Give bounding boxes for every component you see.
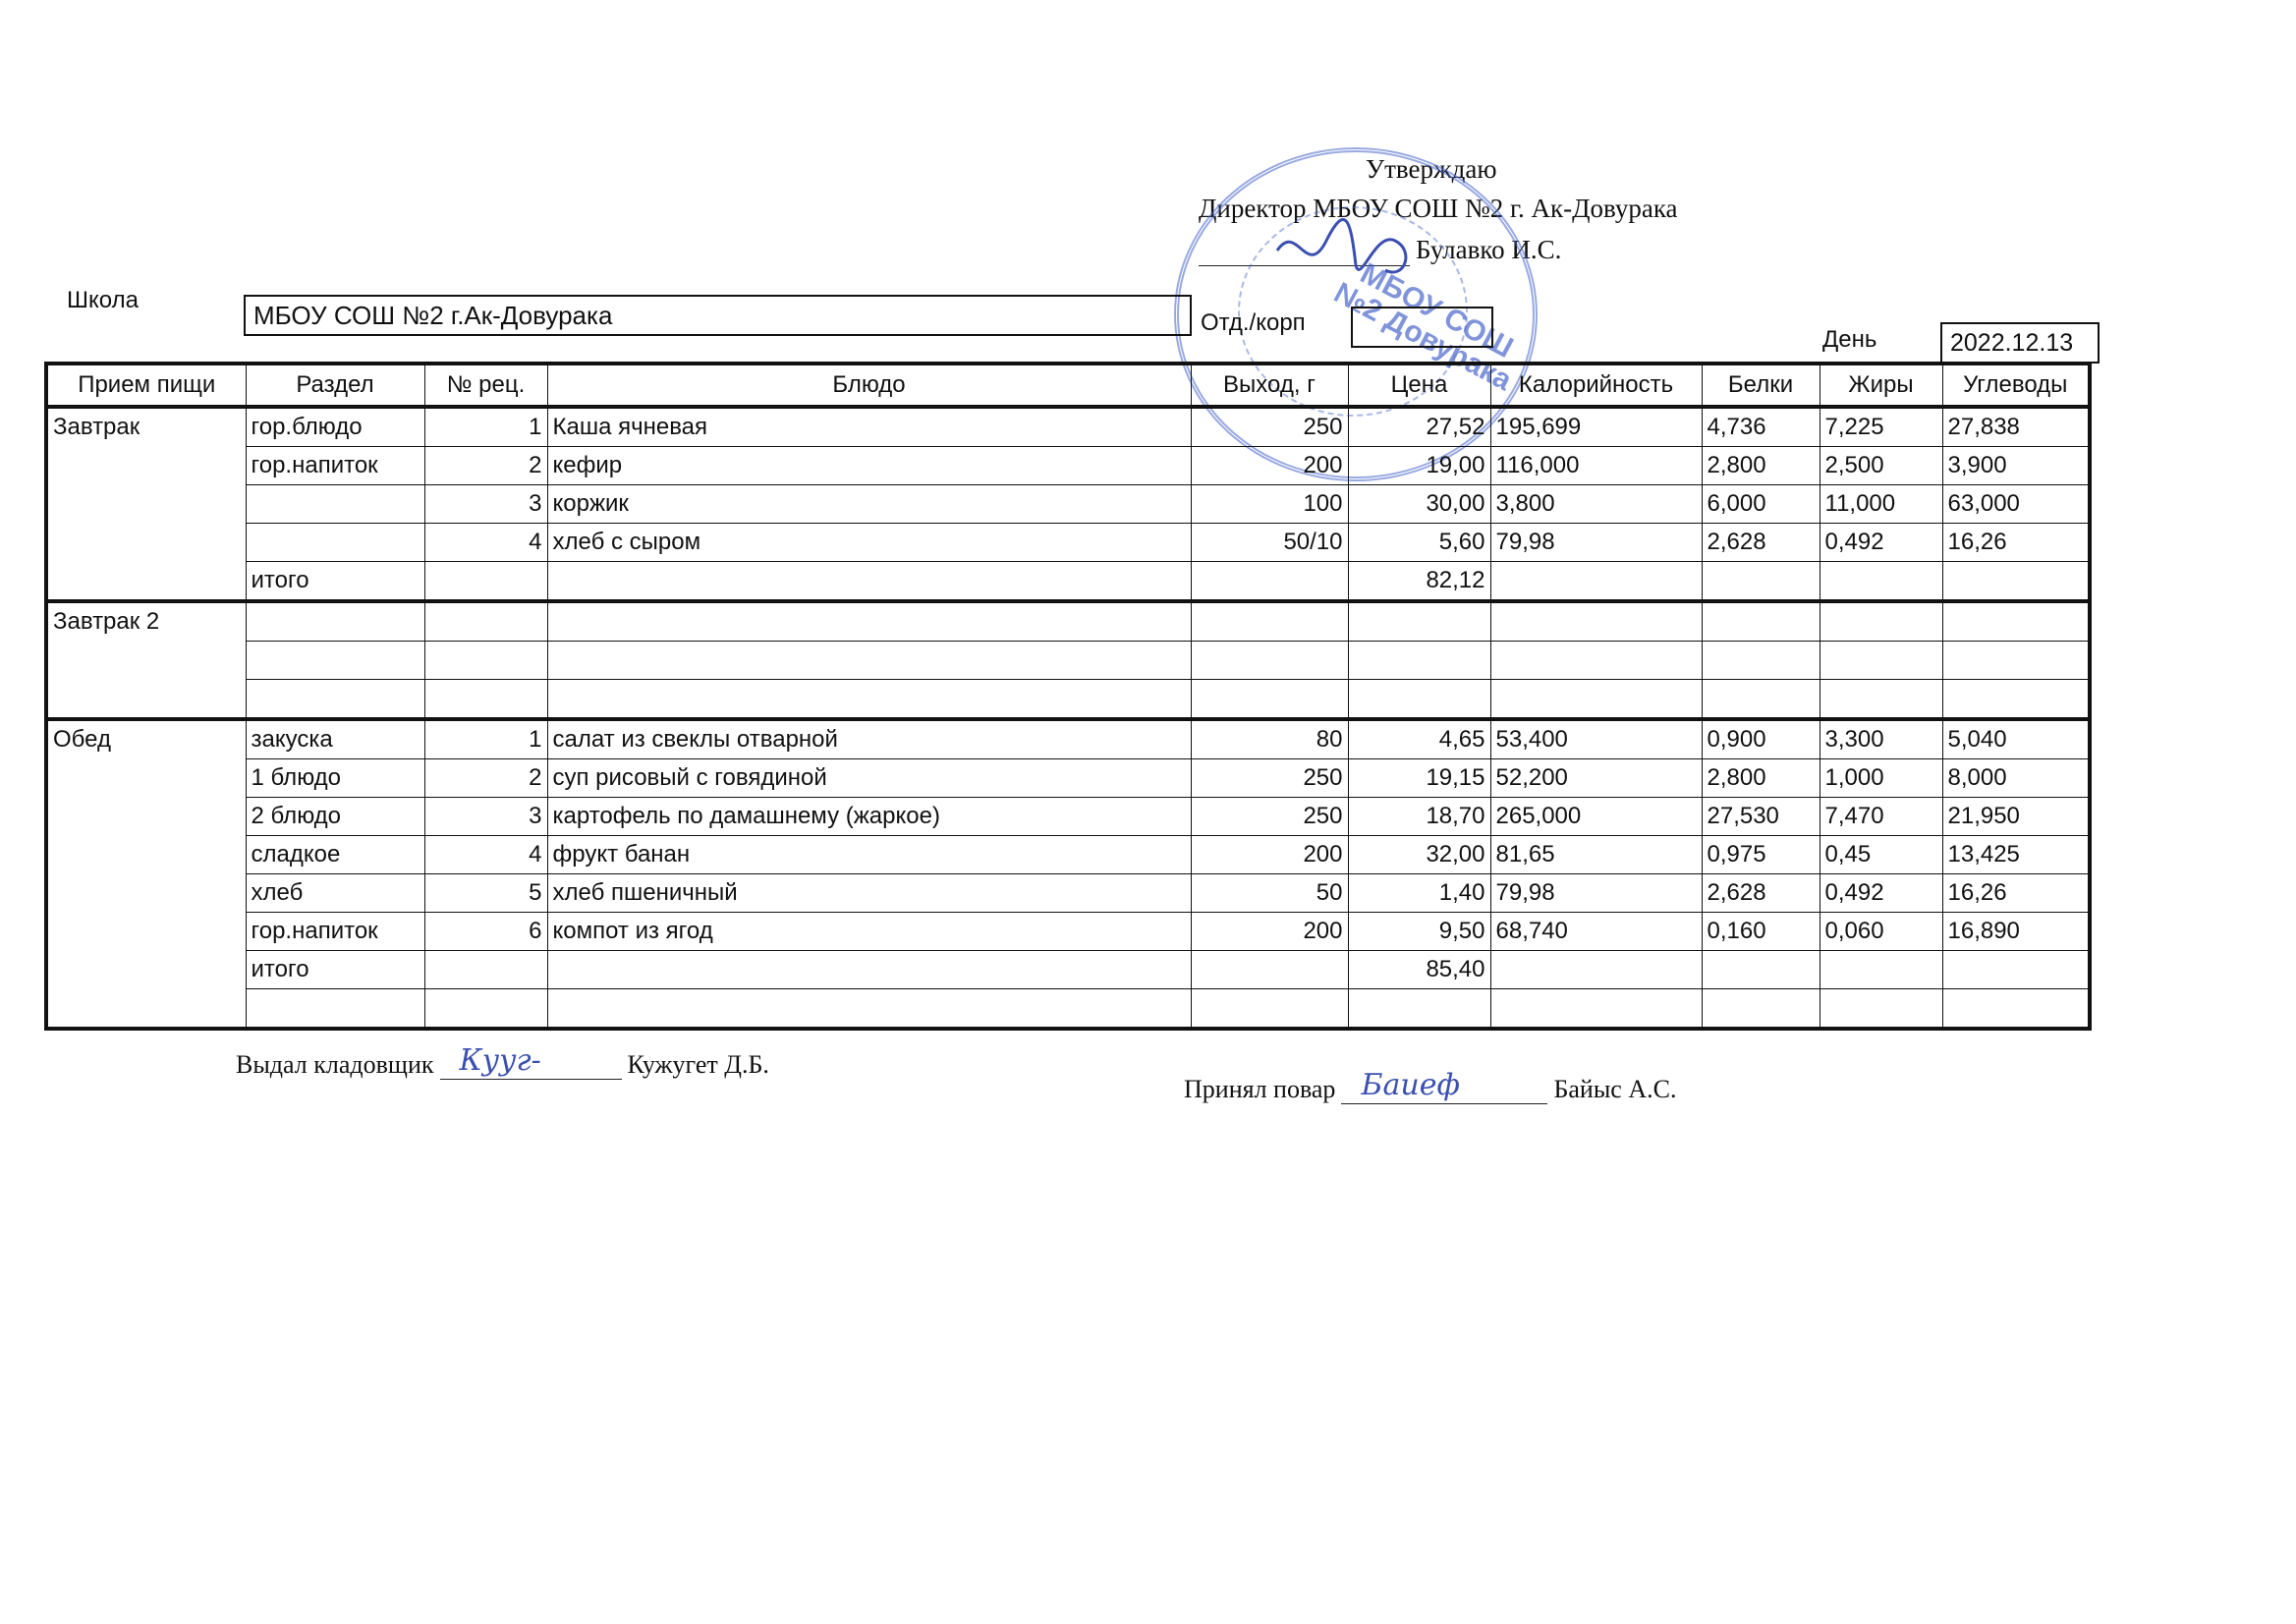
cell-price: 32,00: [1348, 836, 1490, 874]
cell-section: сладкое: [246, 836, 424, 874]
cell-yield: 50: [1191, 874, 1348, 913]
cell-fat: [1820, 562, 1942, 602]
cell-fat: [1820, 642, 1942, 680]
cell-recipe: 2: [424, 447, 547, 485]
cell-price: 19,00: [1348, 447, 1490, 485]
cell-section: [246, 989, 424, 1030]
cell-recipe: 3: [424, 798, 547, 836]
cell-section: закуска: [246, 719, 424, 759]
cell-section: 1 блюдо: [246, 759, 424, 798]
col-meal: Прием пищи: [46, 364, 246, 407]
cell-carbs: 21,950: [1942, 798, 2090, 836]
total-row: итого82,12: [46, 562, 2090, 602]
cell-section: [246, 642, 424, 680]
director-signature-line: [1199, 240, 1410, 266]
dept-label: Отд./корп: [1201, 309, 1306, 337]
cell-carbs: [1942, 601, 2090, 642]
cell-carbs: 16,890: [1942, 913, 2090, 951]
cell-carbs: [1942, 642, 2090, 680]
received-by: Принял поварБаиефБайыс А.С.: [1184, 1074, 1676, 1104]
cell-protein: [1702, 680, 1820, 720]
cell-price: [1348, 642, 1490, 680]
cell-yield: 250: [1191, 759, 1348, 798]
cell-recipe: [424, 989, 547, 1030]
cell-calories: [1490, 680, 1702, 720]
cell-calories: 195,699: [1490, 407, 1702, 447]
cell-recipe: 4: [424, 836, 547, 874]
cell-protein: [1702, 642, 1820, 680]
cell-protein: 6,000: [1702, 485, 1820, 524]
cell-fat: 0,492: [1820, 524, 1942, 562]
school-field[interactable]: МБОУ СОШ №2 г.Ак-Довурака: [244, 295, 1192, 336]
cell-calories: 81,65: [1490, 836, 1702, 874]
cell-price: 18,70: [1348, 798, 1490, 836]
cell-carbs: 8,000: [1942, 759, 2090, 798]
approval-signatory: Булавко И.С.: [1199, 233, 1561, 266]
cell-price: [1348, 989, 1490, 1030]
cell-meal: Обед: [46, 719, 246, 1029]
cell-fat: [1820, 951, 1942, 989]
cell-price: [1348, 680, 1490, 720]
table-row: 3коржик10030,003,8006,00011,00063,000: [46, 485, 2090, 524]
cell-dish: [547, 601, 1191, 642]
cell-carbs: 13,425: [1942, 836, 2090, 874]
cell-price: 4,65: [1348, 719, 1490, 759]
cell-fat: [1820, 989, 1942, 1030]
cell-calories: 68,740: [1490, 913, 1702, 951]
issued-label: Выдал кладовщик: [236, 1050, 434, 1079]
cell-price: [1348, 601, 1490, 642]
cell-price: 85,40: [1348, 951, 1490, 989]
cell-yield: 200: [1191, 913, 1348, 951]
cell-calories: [1490, 642, 1702, 680]
cell-price: 82,12: [1348, 562, 1490, 602]
cell-fat: 1,000: [1820, 759, 1942, 798]
cell-carbs: 27,838: [1942, 407, 2090, 447]
cell-fat: [1820, 601, 1942, 642]
cell-carbs: [1942, 562, 2090, 602]
cell-fat: 11,000: [1820, 485, 1942, 524]
table-row: [46, 989, 2090, 1030]
cell-recipe: 5: [424, 874, 547, 913]
cell-section: гор.блюдо: [246, 407, 424, 447]
approval-title: Утверждаю: [1366, 152, 1497, 186]
col-carbs: Углеводы: [1942, 364, 2090, 407]
table-row: гор.напиток2кефир20019,00116,0002,8002,5…: [46, 447, 2090, 485]
issued-signature-line: Кууг-: [440, 1049, 622, 1080]
cell-price: 30,00: [1348, 485, 1490, 524]
cell-protein: 0,900: [1702, 719, 1820, 759]
cell-yield: [1191, 680, 1348, 720]
cell-recipe: [424, 680, 547, 720]
col-yield: Выход, г: [1191, 364, 1348, 407]
cell-calories: 265,000: [1490, 798, 1702, 836]
cell-protein: [1702, 562, 1820, 602]
col-recipe: № рец.: [424, 364, 547, 407]
cell-yield: 80: [1191, 719, 1348, 759]
cell-recipe: 4: [424, 524, 547, 562]
table-row: гор.напиток6компот из ягод2009,5068,7400…: [46, 913, 2090, 951]
table-row: 2 блюдо3картофель по дамашнему (жаркое)2…: [46, 798, 2090, 836]
table-row: сладкое4фрукт банан20032,0081,650,9750,4…: [46, 836, 2090, 874]
cell-carbs: 5,040: [1942, 719, 2090, 759]
cell-section: итого: [246, 951, 424, 989]
cell-calories: 53,400: [1490, 719, 1702, 759]
cell-yield: [1191, 642, 1348, 680]
received-name: Байыс А.С.: [1553, 1075, 1676, 1103]
cell-dish: хлеб с сыром: [547, 524, 1191, 562]
menu-table-body: Завтракгор.блюдо1Каша ячневая25027,52195…: [46, 407, 2090, 1029]
cell-yield: 250: [1191, 407, 1348, 447]
cell-protein: 27,530: [1702, 798, 1820, 836]
cell-protein: 0,160: [1702, 913, 1820, 951]
col-dish: Блюдо: [547, 364, 1191, 407]
cell-dish: [547, 989, 1191, 1030]
cell-fat: 0,060: [1820, 913, 1942, 951]
issued-name: Кужугет Д.Б.: [628, 1050, 769, 1079]
cell-dish: [547, 562, 1191, 602]
cell-calories: 52,200: [1490, 759, 1702, 798]
cell-carbs: [1942, 680, 2090, 720]
cell-meal: Завтрак 2: [46, 601, 246, 719]
cell-calories: [1490, 601, 1702, 642]
cell-dish: [547, 951, 1191, 989]
col-calories: Калорийность: [1490, 364, 1702, 407]
cell-section: 2 блюдо: [246, 798, 424, 836]
cell-price: 19,15: [1348, 759, 1490, 798]
issued-by: Выдал кладовщикКууг-Кужугет Д.Б.: [236, 1049, 769, 1080]
cell-fat: 0,45: [1820, 836, 1942, 874]
table-row: Завтракгор.блюдо1Каша ячневая25027,52195…: [46, 407, 2090, 447]
cell-calories: [1490, 562, 1702, 602]
cell-recipe: 3: [424, 485, 547, 524]
col-price: Цена: [1348, 364, 1490, 407]
cell-dish: [547, 642, 1191, 680]
cell-yield: [1191, 951, 1348, 989]
menu-table: Прием пищи Раздел № рец. Блюдо Выход, г …: [44, 362, 2092, 1031]
cell-calories: 3,800: [1490, 485, 1702, 524]
cell-yield: 50/10: [1191, 524, 1348, 562]
cell-recipe: 2: [424, 759, 547, 798]
cell-protein: [1702, 989, 1820, 1030]
table-row: [46, 680, 2090, 720]
cell-protein: 4,736: [1702, 407, 1820, 447]
cell-yield: [1191, 562, 1348, 602]
cell-protein: [1702, 951, 1820, 989]
received-signature-line: Баиеф: [1341, 1074, 1547, 1104]
approval-position: Директор МБОУ СОШ №2 г. Ак-Довурака: [1199, 192, 1678, 225]
col-fat: Жиры: [1820, 364, 1942, 407]
cell-recipe: [424, 642, 547, 680]
cell-dish: кефир: [547, 447, 1191, 485]
cell-price: 9,50: [1348, 913, 1490, 951]
cell-fat: 7,470: [1820, 798, 1942, 836]
cell-dish: компот из ягод: [547, 913, 1191, 951]
cell-section: итого: [246, 562, 424, 602]
cell-fat: 2,500: [1820, 447, 1942, 485]
cell-dish: коржик: [547, 485, 1191, 524]
table-row: Завтрак 2: [46, 601, 2090, 642]
cell-protein: 0,975: [1702, 836, 1820, 874]
cell-section: гор.напиток: [246, 447, 424, 485]
cell-protein: [1702, 601, 1820, 642]
cell-meal: Завтрак: [46, 407, 246, 601]
cell-dish: суп рисовый с говядиной: [547, 759, 1191, 798]
issued-signature: Кууг-: [460, 1043, 541, 1078]
cell-calories: 116,000: [1490, 447, 1702, 485]
cell-calories: [1490, 989, 1702, 1030]
cell-dish: хлеб пшеничный: [547, 874, 1191, 913]
table-row: [46, 642, 2090, 680]
cell-carbs: 63,000: [1942, 485, 2090, 524]
cell-section: гор.напиток: [246, 913, 424, 951]
cell-carbs: 3,900: [1942, 447, 2090, 485]
total-row: итого85,40: [46, 951, 2090, 989]
school-label: Школа: [67, 287, 139, 314]
cell-yield: [1191, 601, 1348, 642]
cell-yield: [1191, 989, 1348, 1030]
table-row: 4хлеб с сыром50/105,6079,982,6280,49216,…: [46, 524, 2090, 562]
cell-recipe: [424, 951, 547, 989]
cell-carbs: [1942, 951, 2090, 989]
cell-protein: 2,628: [1702, 874, 1820, 913]
cell-dish: картофель по дамашнему (жаркое): [547, 798, 1191, 836]
table-header-row: Прием пищи Раздел № рец. Блюдо Выход, г …: [46, 364, 2090, 407]
col-protein: Белки: [1702, 364, 1820, 407]
cell-recipe: 6: [424, 913, 547, 951]
cell-yield: 200: [1191, 447, 1348, 485]
cell-price: 5,60: [1348, 524, 1490, 562]
dept-field[interactable]: [1351, 307, 1493, 348]
table-row: 1 блюдо2суп рисовый с говядиной25019,155…: [46, 759, 2090, 798]
cell-section: хлеб: [246, 874, 424, 913]
cell-carbs: 16,26: [1942, 874, 2090, 913]
cell-price: 1,40: [1348, 874, 1490, 913]
cell-section: [246, 524, 424, 562]
day-field[interactable]: 2022.12.13: [1940, 322, 2100, 364]
table-row: Обедзакуска1салат из свеклы отварной804,…: [46, 719, 2090, 759]
cell-recipe: [424, 601, 547, 642]
cell-price: 27,52: [1348, 407, 1490, 447]
cell-calories: 79,98: [1490, 874, 1702, 913]
cell-calories: [1490, 951, 1702, 989]
day-label: День: [1822, 326, 1876, 354]
cell-dish: салат из свеклы отварной: [547, 719, 1191, 759]
cell-fat: 0,492: [1820, 874, 1942, 913]
cell-section: [246, 680, 424, 720]
cell-fat: 7,225: [1820, 407, 1942, 447]
table-row: хлеб5хлеб пшеничный501,4079,982,6280,492…: [46, 874, 2090, 913]
cell-section: [246, 601, 424, 642]
cell-recipe: 1: [424, 719, 547, 759]
cell-carbs: [1942, 989, 2090, 1030]
director-name: Булавко И.С.: [1416, 235, 1561, 264]
received-signature: Баиеф: [1361, 1068, 1460, 1102]
cell-calories: 79,98: [1490, 524, 1702, 562]
cell-recipe: 1: [424, 407, 547, 447]
cell-protein: 2,628: [1702, 524, 1820, 562]
cell-protein: 2,800: [1702, 447, 1820, 485]
cell-recipe: [424, 562, 547, 602]
cell-yield: 200: [1191, 836, 1348, 874]
cell-carbs: 16,26: [1942, 524, 2090, 562]
cell-dish: фрукт банан: [547, 836, 1191, 874]
col-section: Раздел: [246, 364, 424, 407]
cell-yield: 100: [1191, 485, 1348, 524]
cell-fat: [1820, 680, 1942, 720]
cell-dish: Каша ячневая: [547, 407, 1191, 447]
cell-yield: 250: [1191, 798, 1348, 836]
cell-section: [246, 485, 424, 524]
cell-dish: [547, 680, 1191, 720]
cell-fat: 3,300: [1820, 719, 1942, 759]
received-label: Принял повар: [1184, 1075, 1335, 1103]
cell-protein: 2,800: [1702, 759, 1820, 798]
